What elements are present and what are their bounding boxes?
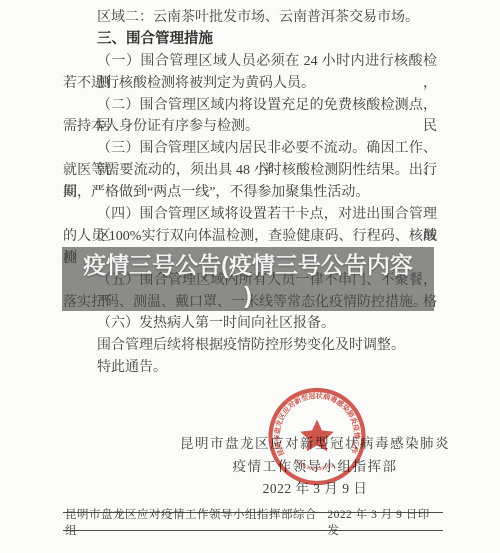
doc-line: （六）发热病人第一时间向社区报备。 [63, 313, 437, 335]
seal-serial-number: 5305303549355 [293, 459, 334, 473]
doc-line: 就医等需要流动的，须出具 48 小时核酸检测阴性结果。出行期 [63, 160, 437, 182]
doc-line: （二）围合管理区域内将设置充足的免费核酸检测点，居民 [63, 95, 437, 117]
official-seal-icon: 昆明市盘龙区应对新型冠状病毒感染肺炎疫情工作领导小组指挥部 5305303549… [264, 386, 370, 489]
announcement-document: 区域二：云南茶叶批发市场、云南普洱茶交易市场。 三、围合管理措施 （一）围合管理… [0, 0, 500, 553]
svg-text:5305303549355: 5305303549355 [293, 459, 334, 473]
seal-star-icon [300, 420, 334, 452]
doc-line: （三）围合管理区域内居民非必要不流动。确因工作、就学、 [63, 138, 437, 160]
footer-issuing-office: 昆明市盘龙区应对疫情工作领导小组指挥部综合组 [65, 506, 327, 538]
doc-line: 区域二：云南茶叶批发市场、云南普洱茶交易市场。 [63, 7, 437, 29]
doc-line: 的人员 100%实行双向体温检测，查验健康码、行程码、核酸检 [63, 226, 437, 248]
footer-print-date: 2022 年 3 月 9 日印发 [327, 506, 441, 538]
doc-section-heading: 三、围合管理措施 [63, 29, 437, 51]
title-overlay: 疫情三号公告(疫情三号公告内容 ) [62, 247, 434, 311]
document-body: 区域二：云南茶叶批发市场、云南普洱茶交易市场。 三、围合管理措施 （一）围合管理… [63, 7, 437, 379]
overlay-title-line2: ) [244, 280, 252, 310]
footer-imprint-bar: 昆明市盘龙区应对疫情工作领导小组指挥部综合组 2022 年 3 月 9 日印发 [63, 512, 443, 531]
doc-line: 特此通告。 [63, 357, 437, 379]
doc-line: 间，严格做到“两点一线”，不得参加聚集性活动。 [63, 182, 437, 204]
doc-line: （四）围合管理区域将设置若干卡点，对进出围合管理区域 [63, 204, 437, 226]
doc-line: （一）围合管理区域人员必须在 24 小时内进行核酸检测， [63, 51, 437, 73]
doc-line: 围合管理后续将根据疫情防控形势变化及时调整。 [63, 335, 437, 357]
overlay-title-line1: 疫情三号公告(疫情三号公告内容 [83, 250, 413, 280]
